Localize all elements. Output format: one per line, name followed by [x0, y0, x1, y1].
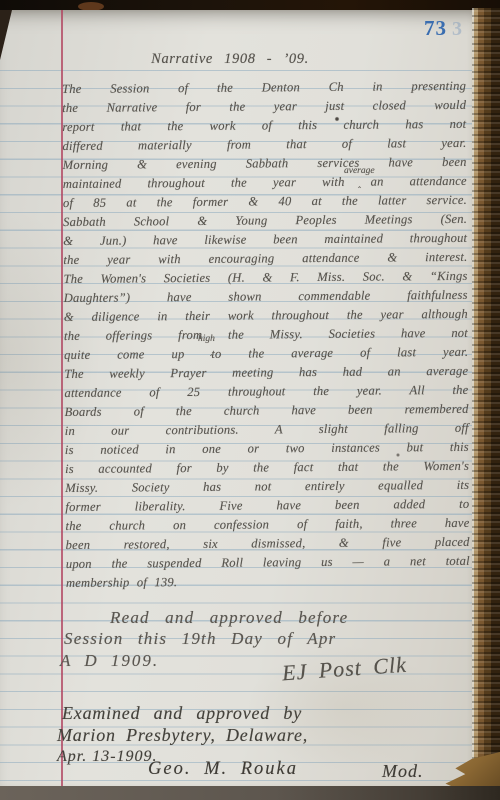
- moderator-signature: Geo. M. Rouka: [148, 759, 298, 780]
- ledger-page: 73 3 Narrative 1908 - ’09. The Session o…: [0, 10, 478, 786]
- inserted-word-high: high: [198, 334, 215, 344]
- caret-mark: ‸: [210, 346, 213, 357]
- manuscript-line: upon the suspended Roll leaving us — a n…: [66, 552, 470, 574]
- book-page-edges: [472, 8, 500, 788]
- session-approval-line: Read and approved before: [110, 608, 348, 628]
- presbytery-approval-line: Examined and approved by: [62, 703, 302, 724]
- inserted-word-average: average: [344, 166, 375, 176]
- page-corner-shadow: [0, 10, 12, 60]
- manuscript-line: membership of 139.: [66, 571, 470, 593]
- surface-shadow: [0, 786, 500, 800]
- clerk-signature: EJ Post Clk: [281, 652, 407, 687]
- presbytery-approval-date: Apr. 13-1909.: [57, 748, 158, 766]
- session-approval-line: A D 1909.: [60, 651, 159, 671]
- ledger-photo: 73 3 Narrative 1908 - ’09. The Session o…: [0, 0, 500, 800]
- page-number-ghost: 3: [452, 18, 462, 41]
- page-number: 73: [424, 16, 447, 41]
- narrative-body: The Session of the Denton Ch in presenti…: [62, 77, 470, 593]
- narrative-title: Narrative 1908 - ’09.: [103, 51, 357, 68]
- session-approval-line: Session this 19th Day of Apr: [64, 629, 336, 649]
- caret-mark: ‸: [358, 178, 361, 189]
- moderator-title: Mod.: [382, 761, 424, 782]
- presbytery-approval-line: Marion Presbytery, Delaware,: [57, 725, 308, 746]
